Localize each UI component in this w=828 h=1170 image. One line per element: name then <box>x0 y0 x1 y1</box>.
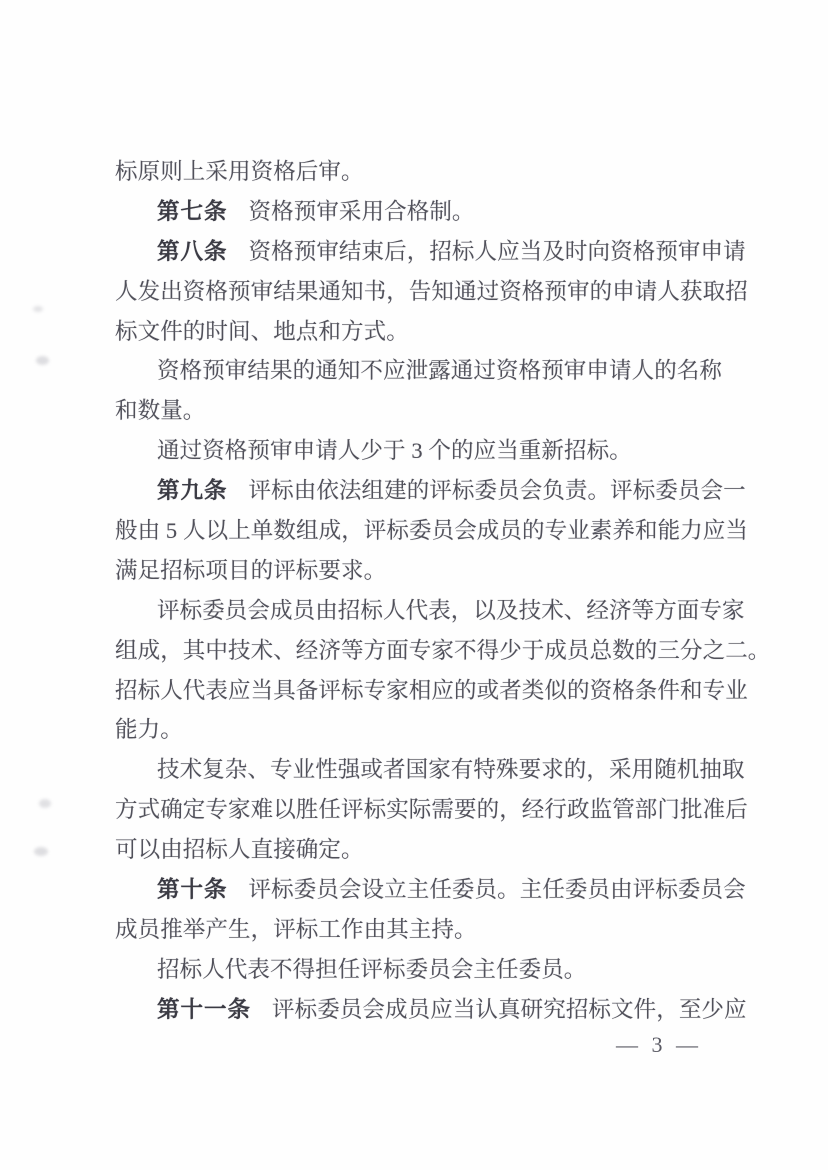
page-number: — 3 — <box>616 1030 702 1060</box>
text-line: 组成，其中技术、经济等方面专家不得少于成员总数的三分之二。 <box>115 631 735 671</box>
line-text: 和数量。 <box>115 398 205 423</box>
line-text: 通过资格预审申请人少于 3 个的应当重新招标。 <box>157 438 632 463</box>
line-text: 标文件的时间、地点和方式。 <box>115 319 409 344</box>
line-text: 招标人代表不得担任评标委员会主任委员。 <box>157 957 586 982</box>
text-line: 第九条评标由依法组建的评标委员会负责。评标委员会一 <box>115 471 735 511</box>
line-text: 技术复杂、专业性强或者国家有特殊要求的，采用随机抽取 <box>157 757 745 782</box>
text-line: 成员推举产生，评标工作由其主持。 <box>115 910 735 950</box>
line-text: 人发出资格预审结果通知书，告知通过资格预审的申请人获取招 <box>115 279 748 304</box>
scan-artifact <box>34 847 48 856</box>
document-body: 标原则上采用资格后审。第七条资格预审采用合格制。第八条资格预审结束后，招标人应当… <box>115 152 735 1030</box>
line-text: 般由 5 人以上单数组成，评标委员会成员的专业素养和能力应当 <box>115 518 748 543</box>
scan-artifact <box>33 306 43 312</box>
text-line: 满足招标项目的评标要求。 <box>115 551 735 591</box>
article-number: 第七条 <box>157 199 228 224</box>
line-text: 能力。 <box>115 717 183 742</box>
line-text: 评标委员会成员由招标人代表，以及技术、经济等方面专家 <box>157 598 745 623</box>
scan-artifact <box>39 799 51 808</box>
article-number: 第九条 <box>157 478 228 503</box>
text-line: 招标人代表应当具备评标专家相应的或者类似的资格条件和专业 <box>115 671 735 711</box>
text-line: 招标人代表不得担任评标委员会主任委员。 <box>115 950 735 990</box>
line-text: 资格预审结束后，招标人应当及时向资格预审申请 <box>249 239 746 264</box>
line-text: 资格预审结果的通知不应泄露通过资格预审申请人的名称 <box>157 358 722 383</box>
text-line: 第八条资格预审结束后，招标人应当及时向资格预审申请 <box>115 232 735 272</box>
line-text: 满足招标项目的评标要求。 <box>115 558 386 583</box>
line-text: 组成，其中技术、经济等方面专家不得少于成员总数的三分之二。 <box>115 638 770 663</box>
text-line: 和数量。 <box>115 391 735 431</box>
line-text: 资格预审采用合格制。 <box>249 199 475 224</box>
text-line: 方式确定专家难以胜任评标实际需要的，经行政监管部门批准后 <box>115 790 735 830</box>
text-line: 评标委员会成员由招标人代表，以及技术、经济等方面专家 <box>115 591 735 631</box>
line-text: 招标人代表应当具备评标专家相应的或者类似的资格条件和专业 <box>115 678 748 703</box>
text-line: 技术复杂、专业性强或者国家有特殊要求的，采用随机抽取 <box>115 750 735 790</box>
line-text: 评标委员会成员应当认真研究招标文件，至少应 <box>272 997 747 1022</box>
line-text: 成员推举产生，评标工作由其主持。 <box>115 917 477 942</box>
text-line: 般由 5 人以上单数组成，评标委员会成员的专业素养和能力应当 <box>115 511 735 551</box>
line-text: 评标委员会设立主任委员。主任委员由评标委员会 <box>249 877 746 902</box>
line-text: 可以由招标人直接确定。 <box>115 837 364 862</box>
text-line: 第十条评标委员会设立主任委员。主任委员由评标委员会 <box>115 870 735 910</box>
scan-artifact <box>36 356 49 365</box>
line-text: 评标由依法组建的评标委员会负责。评标委员会一 <box>249 478 746 503</box>
line-text: 标原则上采用资格后审。 <box>115 159 364 184</box>
text-line: 人发出资格预审结果通知书，告知通过资格预审的申请人获取招 <box>115 272 735 312</box>
text-line: 第十一条评标委员会成员应当认真研究招标文件，至少应 <box>115 990 735 1030</box>
article-number: 第十条 <box>157 877 228 902</box>
text-line: 通过资格预审申请人少于 3 个的应当重新招标。 <box>115 431 735 471</box>
text-line: 可以由招标人直接确定。 <box>115 830 735 870</box>
article-number: 第十一条 <box>157 997 251 1022</box>
text-line: 能力。 <box>115 710 735 750</box>
scanned-document-page: 标原则上采用资格后审。第七条资格预审采用合格制。第八条资格预审结束后，招标人应当… <box>0 0 828 1170</box>
text-line: 第七条资格预审采用合格制。 <box>115 192 735 232</box>
line-text: 方式确定专家难以胜任评标实际需要的，经行政监管部门批准后 <box>115 797 748 822</box>
text-line: 标原则上采用资格后审。 <box>115 152 735 192</box>
article-number: 第八条 <box>157 239 228 264</box>
text-line: 资格预审结果的通知不应泄露通过资格预审申请人的名称 <box>115 351 735 391</box>
text-line: 标文件的时间、地点和方式。 <box>115 312 735 352</box>
